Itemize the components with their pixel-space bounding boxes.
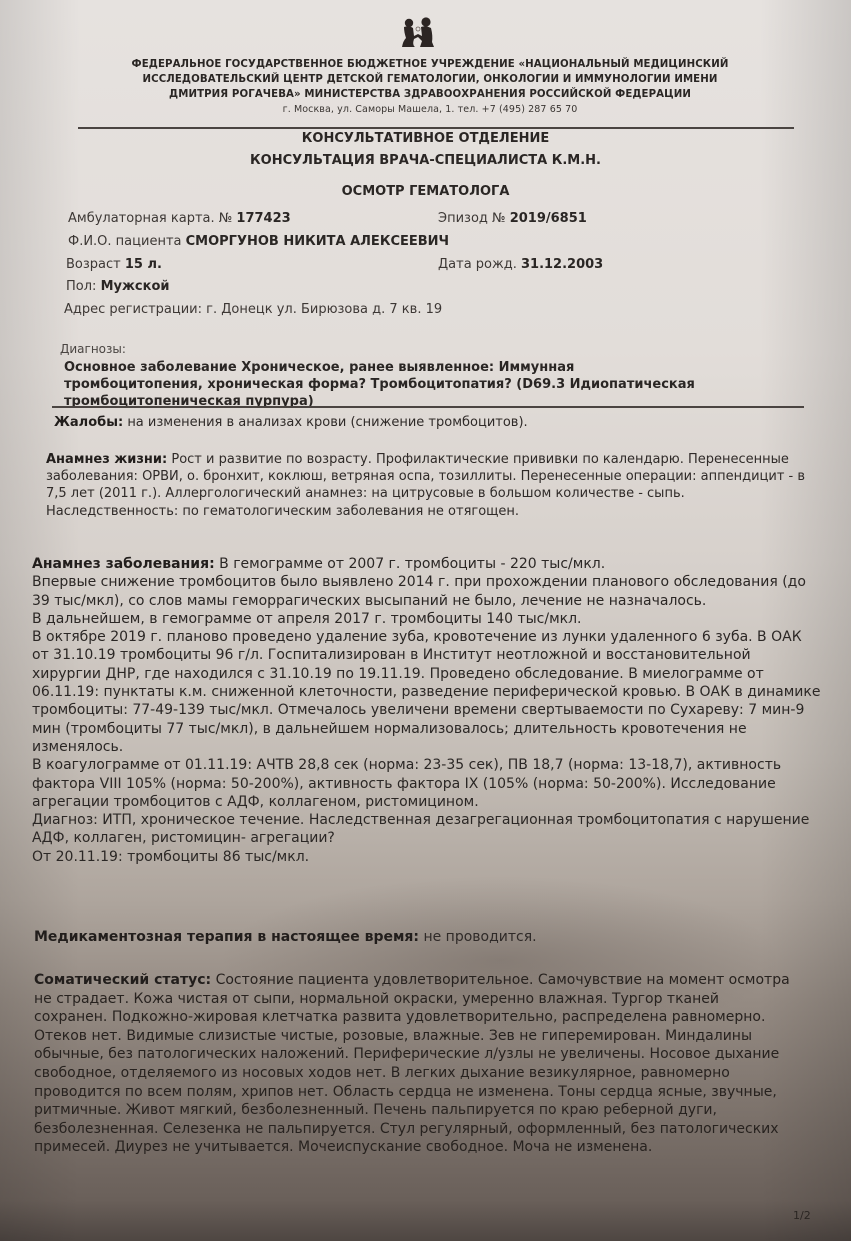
patient-sex: Пол: Мужской	[66, 279, 169, 294]
diagnoses-divider	[52, 406, 804, 408]
card-number-label: Амбулаторная карта. №	[68, 211, 232, 226]
sex-value: Мужской	[101, 279, 170, 294]
somatic-status-section: Соматический статус: Состояние пациента …	[34, 971, 794, 1157]
episode-value: 2019/6851	[510, 211, 587, 226]
disease-history-line: Диагноз: ИТП, хроническое течение. Насле…	[32, 811, 822, 848]
card-number-value: 177423	[236, 211, 290, 226]
department-title: КОНСУЛЬТАТИВНОЕ ОТДЕЛЕНИЕ	[0, 131, 851, 146]
patient-name-label: Ф.И.О. пациента	[68, 234, 181, 249]
medication-section: Медикаментозная терапия в настоящее врем…	[34, 929, 824, 946]
diagnoses-label: Диагнозы:	[60, 342, 126, 356]
disease-history-section: Анамнез заболевания: В гемограмме от 200…	[32, 555, 822, 866]
disease-history-line: В дальнейшем, в гемограмме от апреля 201…	[32, 610, 822, 628]
patient-name-value: СМОРГУНОВ НИКИТА АЛЕКСЕЕВИЧ	[186, 234, 449, 249]
disease-history-line: В гемограмме от 2007 г. тромбоциты - 220…	[219, 556, 605, 572]
patient-dob: Дата рожд. 31.12.2003	[438, 257, 603, 272]
age-value: 15 л.	[125, 257, 162, 272]
dob-value: 31.12.2003	[521, 257, 603, 272]
complaints-label: Жалобы:	[54, 415, 123, 430]
organization-header: ФЕДЕРАЛЬНОЕ ГОСУДАРСТВЕННОЕ БЮДЖЕТНОЕ УЧ…	[60, 57, 800, 117]
header-divider	[78, 127, 794, 129]
episode-label: Эпизод №	[438, 211, 506, 226]
patient-age: Возраст 15 л.	[66, 257, 162, 272]
age-label: Возраст	[66, 257, 121, 272]
medication-text: не проводится.	[423, 929, 536, 945]
consultation-title: КОНСУЛЬТАЦИЯ ВРАЧА-СПЕЦИАЛИСТА К.М.Н.	[0, 153, 851, 168]
org-address: г. Москва, ул. Саморы Машела, 1. тел. +7…	[60, 102, 800, 117]
diagnoses-text: Основное заболевание Хроническое, ранее …	[64, 359, 704, 410]
card-number: Амбулаторная карта. № 177423	[68, 211, 291, 226]
org-line-2: ИССЛЕДОВАТЕЛЬСКИЙ ЦЕНТР ДЕТСКОЙ ГЕМАТОЛО…	[60, 72, 800, 87]
disease-history-label: Анамнез заболевания:	[32, 556, 215, 572]
address-label: Адрес регистрации:	[64, 302, 202, 317]
org-line-3: ДМИТРИЯ РОГАЧЕВА» МИНИСТЕРСТВА ЗДРАВООХР…	[60, 87, 800, 102]
complaints-text: на изменения в анализах крови (снижение …	[127, 415, 527, 430]
exam-title: ОСМОТР ГЕМАТОЛОГА	[0, 184, 851, 199]
episode-number: Эпизод № 2019/6851	[438, 211, 587, 226]
org-line-1: ФЕДЕРАЛЬНОЕ ГОСУДАРСТВЕННОЕ БЮДЖЕТНОЕ УЧ…	[60, 57, 800, 72]
life-history-section: Анамнез жизни: Рост и развитие по возрас…	[46, 451, 816, 520]
somatic-status-text: Состояние пациента удовлетворительное. С…	[34, 972, 790, 1155]
medication-label: Медикаментозная терапия в настоящее врем…	[34, 929, 419, 945]
address-value: г. Донецк ул. Бирюзова д. 7 кв. 19	[206, 302, 442, 317]
life-history-label: Анамнез жизни:	[46, 452, 167, 467]
children-logo-icon	[400, 14, 436, 50]
dob-label: Дата рожд.	[438, 257, 517, 272]
patient-name: Ф.И.О. пациента СМОРГУНОВ НИКИТА АЛЕКСЕЕ…	[68, 234, 449, 249]
somatic-status-label: Соматический статус:	[34, 972, 211, 988]
disease-history-line: От 20.11.19: тромбоциты 86 тыс/мкл.	[32, 848, 822, 866]
disease-history-line: В октябре 2019 г. планово проведено удал…	[32, 628, 822, 756]
disease-history-line: Впервые снижение тромбоцитов было выявле…	[32, 573, 822, 610]
sex-label: Пол:	[66, 279, 96, 294]
page-number: 1/2	[793, 1209, 811, 1222]
patient-address: Адрес регистрации: г. Донецк ул. Бирюзов…	[64, 302, 442, 317]
complaints-section: Жалобы: на изменения в анализах крови (с…	[54, 414, 814, 431]
disease-history-line: В коагулограмме от 01.11.19: АЧТВ 28,8 с…	[32, 756, 822, 811]
